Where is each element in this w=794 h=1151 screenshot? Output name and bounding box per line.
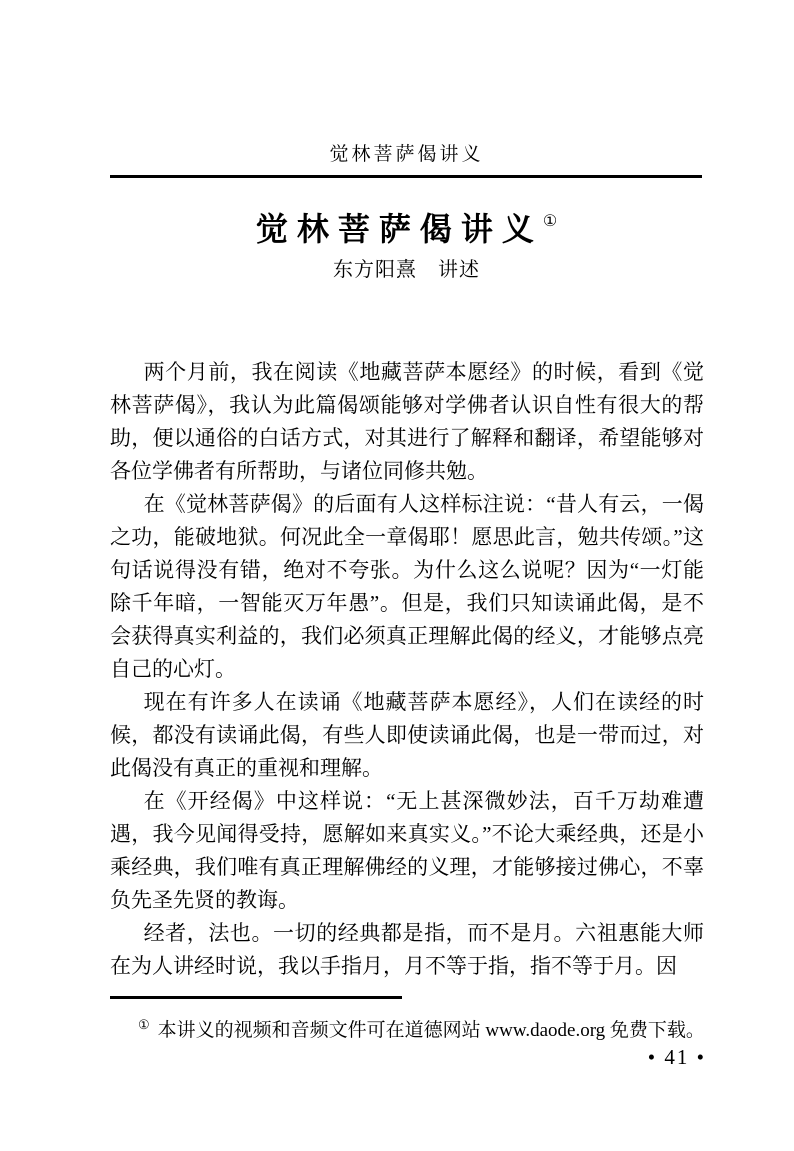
- footnote-text: 本讲义的视频和音频文件可在道德网站 www.daode.org 免费下载。: [158, 1020, 705, 1041]
- page-title-text: 觉林菩萨偈讲义: [256, 211, 543, 247]
- header-rule: [110, 175, 702, 178]
- running-header: 觉林菩萨偈讲义: [110, 143, 703, 167]
- footnote: ①本讲义的视频和音频文件可在道德网站 www.daode.org 免费下载。: [110, 1010, 706, 1046]
- footnote-marker: ①: [138, 1017, 150, 1032]
- body-text: 两个月前，我在阅读《地藏菩萨本愿经》的时候，看到《觉林菩萨偈》，我认为此篇偈颂能…: [110, 356, 704, 983]
- page-number: • 41 •: [110, 1044, 706, 1070]
- author-line: 东方阳熹 讲述: [110, 256, 703, 284]
- footnote-reference-marker: ①: [543, 213, 557, 230]
- document-page: 觉林菩萨偈讲义 觉林菩萨偈讲义① 东方阳熹 讲述 两个月前，我在阅读《地藏菩萨本…: [0, 0, 794, 1151]
- paragraph-1: 两个月前，我在阅读《地藏菩萨本愿经》的时候，看到《觉林菩萨偈》，我认为此篇偈颂能…: [110, 356, 704, 488]
- paragraph-2: 在《觉林菩萨偈》的后面有人这样标注说：“昔人有云，一偈之功，能破地狱。何况此全一…: [110, 488, 704, 686]
- paragraph-4: 在《开经偈》中这样说：“无上甚深微妙法，百千万劫难遭遇，我今见闻得受持，愿解如来…: [110, 785, 704, 917]
- page-title: 觉林菩萨偈讲义①: [110, 198, 703, 253]
- paragraph-5: 经者，法也。一切的经典都是指，而不是月。六祖惠能大师在为人讲经时说，我以手指月，…: [110, 917, 704, 983]
- paragraph-3: 现在有许多人在读诵《地藏菩萨本愿经》，人们在读经的时候，都没有读诵此偈，有些人即…: [110, 686, 704, 785]
- footnote-separator-rule: [110, 996, 402, 999]
